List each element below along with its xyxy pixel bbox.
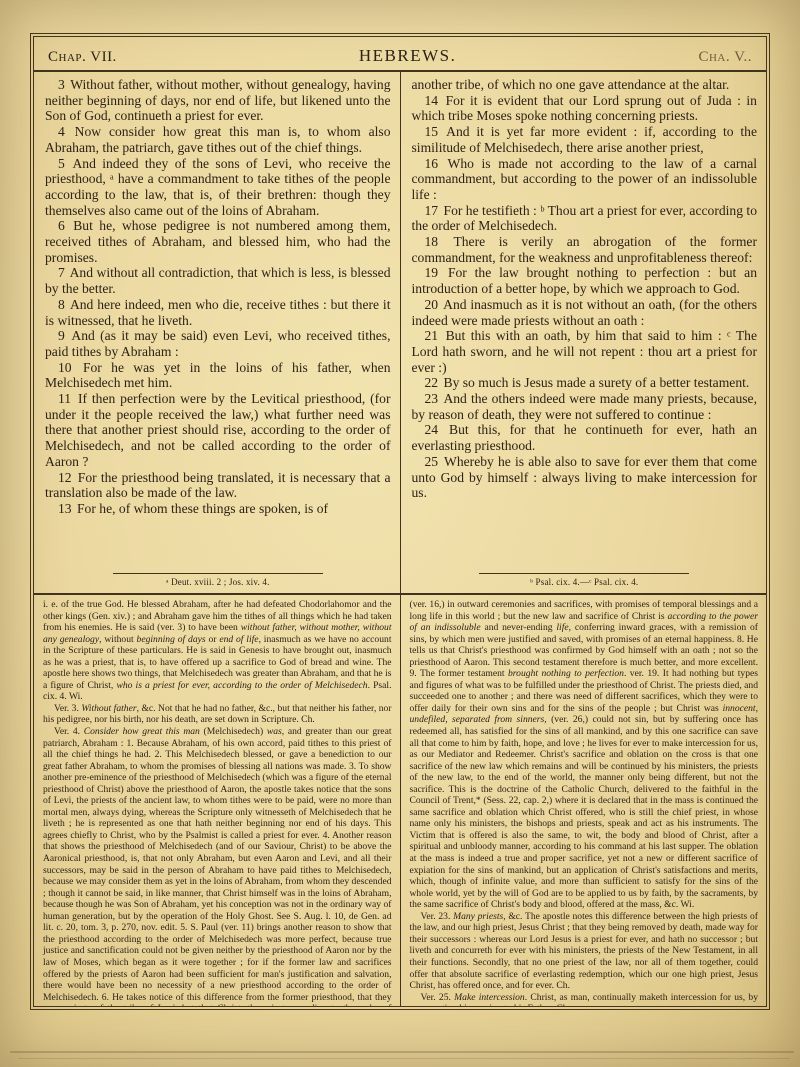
page-border-frame: Chap. VII. HEBREWS. Cha. V.. 3 Without f… — [30, 33, 770, 1010]
verse-number: 19 — [425, 265, 441, 280]
verse: 23 And the others indeed were made many … — [412, 391, 758, 422]
verse: 13 For he, of whom these things are spok… — [45, 501, 391, 517]
book-page: Chap. VII. HEBREWS. Cha. V.. 3 Without f… — [0, 0, 800, 1067]
verse: 19 For the law brought nothing to perfec… — [412, 265, 758, 296]
verse: 12 For the priesthood being translated, … — [45, 470, 391, 501]
verse-number: 24 — [425, 422, 441, 437]
page-content: Chap. VII. HEBREWS. Cha. V.. 3 Without f… — [33, 36, 767, 1007]
commentary-paragraph: i. e. of the true God. He blessed Abraha… — [43, 599, 392, 703]
page-title: HEBREWS. — [359, 46, 456, 66]
verse: 6 But he, whose pedigree is not numbered… — [45, 218, 391, 265]
scripture-column-right: another tribe, of which no one gave atte… — [400, 72, 767, 593]
verse-number: 4 — [58, 124, 67, 139]
commentary-paragraphs-right: (ver. 16,) in outward ceremonies and sac… — [410, 599, 759, 1006]
verse: 4 Now consider how great this man is, to… — [45, 124, 391, 155]
page-bottom-edge-2 — [18, 1058, 790, 1059]
footnote-rule — [113, 573, 323, 574]
verse-number: 6 — [58, 218, 67, 233]
commentary-section: i. e. of the true God. He blessed Abraha… — [34, 593, 766, 1006]
verse: 7 And without all contradiction, that wh… — [45, 265, 391, 296]
commentary-paragraph: Ver. 3. Without father, &c. Not that he … — [43, 703, 392, 726]
verse-number: 20 — [425, 297, 441, 312]
commentary-paragraph: Ver. 23. Many priests, &c. The apostle n… — [410, 911, 759, 992]
verse-list-right: another tribe, of which no one gave atte… — [412, 77, 758, 570]
commentary-paragraph: Ver. 4. Consider how great this man (Mel… — [43, 726, 392, 1006]
verse-number: 11 — [58, 391, 73, 406]
page-header: Chap. VII. HEBREWS. Cha. V.. — [34, 37, 766, 72]
verse-number: 12 — [58, 470, 74, 485]
verse: 9 And (as it may be said) even Levi, who… — [45, 328, 391, 359]
verse: 16 Who is made not according to the law … — [412, 156, 758, 203]
verse-number: 23 — [425, 391, 441, 406]
verse-list-left: 3 Without father, without mother, withou… — [45, 77, 391, 570]
scripture-column-left: 3 Without father, without mother, withou… — [34, 72, 400, 593]
footnote-block-left: ᵃ Deut. xviii. 2 ; Jos. xiv. 4. — [45, 570, 391, 590]
verse: 22 By so much is Jesus made a surety of … — [412, 375, 758, 391]
commentary-column-left: i. e. of the true God. He blessed Abraha… — [34, 595, 400, 1006]
verse: 5 And indeed they of the sons of Levi, w… — [45, 156, 391, 219]
page-bottom-edge — [10, 1051, 794, 1053]
verse: 3 Without father, without mother, withou… — [45, 77, 391, 124]
verse: 10 For he was yet in the loins of his fa… — [45, 360, 391, 391]
commentary-paragraph: (ver. 16,) in outward ceremonies and sac… — [410, 599, 759, 911]
verse: 25 Whereby he is able also to save for e… — [412, 454, 758, 501]
running-title-right: Cha. V.. — [698, 49, 752, 66]
verse-number: 3 — [58, 77, 67, 92]
verse-number: 21 — [425, 328, 441, 343]
verse-number: 14 — [425, 93, 441, 108]
verse-number: 8 — [58, 297, 67, 312]
verse-number: 7 — [58, 265, 67, 280]
verse: 14 For it is evident that our Lord sprun… — [412, 93, 758, 124]
verse-number: 15 — [425, 124, 441, 139]
verse: 18 There is verily an abrogation of the … — [412, 234, 758, 265]
verse-number: 17 — [425, 203, 441, 218]
commentary-column-right: (ver. 16,) in outward ceremonies and sac… — [400, 595, 767, 1006]
verse-number: 9 — [58, 328, 67, 343]
verse-number: 10 — [58, 360, 74, 375]
running-title-left: Chap. VII. — [48, 49, 117, 66]
verse: 20 And inasmuch as it is not without an … — [412, 297, 758, 328]
footnote-rule — [479, 573, 689, 574]
commentary-paragraph: Ver. 25. Make intercession. Christ, as m… — [410, 992, 759, 1006]
verse: another tribe, of which no one gave atte… — [412, 77, 758, 93]
verse-number: 18 — [425, 234, 441, 249]
commentary-paragraphs-left: i. e. of the true God. He blessed Abraha… — [43, 599, 392, 1006]
verse: 21 But this with an oath, by him that sa… — [412, 328, 758, 375]
scripture-section: 3 Without father, without mother, withou… — [34, 72, 766, 593]
footnote-block-right: ᵇ Psal. cix. 4.—ᶜ Psal. cix. 4. — [412, 570, 758, 590]
verse: 15 And it is yet far more evident : if, … — [412, 124, 758, 155]
verse-number: 5 — [58, 156, 67, 171]
verse: 8 And here indeed, men who die, receive … — [45, 297, 391, 328]
verse-number: 13 — [58, 501, 74, 516]
verse-number: 22 — [425, 375, 441, 390]
verse: 11 If then perfection were by the Leviti… — [45, 391, 391, 470]
verse-number: 25 — [425, 454, 441, 469]
footnote-left: ᵃ Deut. xviii. 2 ; Jos. xiv. 4. — [45, 577, 391, 587]
verse: 24 But this, for that he continueth for … — [412, 422, 758, 453]
footnote-right: ᵇ Psal. cix. 4.—ᶜ Psal. cix. 4. — [412, 577, 758, 587]
verse: 17 For he testifieth : ᵇ Thou art a prie… — [412, 203, 758, 234]
verse-number: 16 — [425, 156, 441, 171]
